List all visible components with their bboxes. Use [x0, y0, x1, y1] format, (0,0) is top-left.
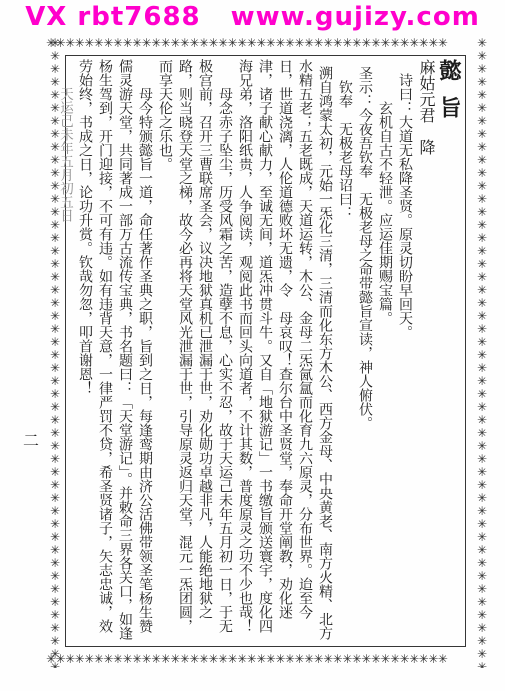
page-number: 二 [23, 428, 39, 451]
scanned-book-page: VX rbt7688www.gujizy.com ✳✳✳✳✳✳✳✳✳✳✳✳✳✳✳… [0, 0, 505, 691]
date-line: 天运己未年五月初五日 [55, 59, 75, 643]
scripture-body: 懿旨 麻姑元君 降 诗曰：大道无私降圣贤。原灵切盼早回天。 玄机自古不轻泄。应运… [70, 59, 461, 643]
ornament-border-right-icon: ✳✳✳✳✳✳✳✳✳✳✳✳✳✳✳✳✳✳✳✳✳✳✳✳✳✳✳✳✳✳✳✳✳✳✳✳✳✳✳✳… [473, 36, 489, 668]
poem-line-1: 诗曰：大道无私降圣贤。原灵切盼早回天。 [395, 59, 415, 643]
watermark-vx-label: VX rbt7688 [25, 2, 200, 32]
deity-byline: 麻姑元君 降 [415, 59, 437, 643]
ornament-border-top-icon: ✳✳✳✳✳✳✳✳✳✳✳✳✳✳✳✳✳✳✳✳✳✳✳✳✳✳✳✳✳✳✳✳✳✳✳✳✳✳✳✳… [46, 36, 488, 52]
ornament-border-bottom-icon: ✳✳✳✳✳✳✳✳✳✳✳✳✳✳✳✳✳✳✳✳✳✳✳✳✳✳✳✳✳✳✳✳✳✳✳✳✳✳✳✳… [46, 652, 488, 668]
body-paragraph: 母念赤子坠尘，历受风霜之苦，造孽不息，心实不忍，故于天运己未年五月初一日，于无极… [155, 59, 235, 643]
poem-line-2: 玄机自古不轻泄。应运佳期赐宝篇。 [375, 59, 395, 643]
edict-title: 懿旨 [437, 59, 461, 643]
body-paragraph: 母今特颁懿旨一道，命任著作圣典之职，旨到之日，每逢鸾期由济公活佛带领圣笔杨生赞儒… [75, 59, 155, 643]
shengshi-line: 圣示：今夜吾钦奉 无极老母之命带懿旨宣读，神人俯伏。 [355, 59, 375, 643]
qinfeng-line: 钦奉 无极老母诏曰： [335, 59, 355, 643]
watermark-header: VX rbt7688www.gujizy.com [0, 2, 505, 32]
text-frame: 懿旨 麻姑元君 降 诗曰：大道无私降圣贤。原灵切盼早回天。 玄机自古不轻泄。应运… [65, 55, 466, 647]
watermark-website: www.gujizy.com [231, 2, 480, 32]
body-paragraph: 溯自鸿蒙太初，元始一炁化三清，三清而化东方木公、西方金母、中央黄老、南方火精、北… [235, 59, 335, 643]
